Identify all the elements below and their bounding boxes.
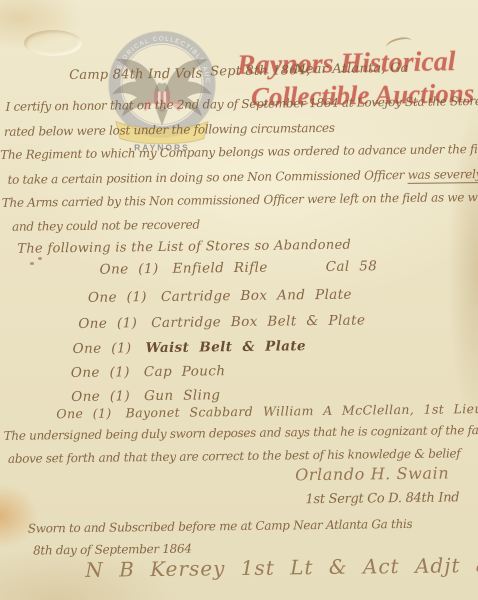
item-name: Bayonet Scabbard	[125, 404, 253, 421]
item-note: William A McClellan, 1st Lieut Co D 84th…	[263, 399, 478, 419]
item-name: Cartridge Box Belt & Plate	[151, 312, 365, 331]
list-item-waist-belt: One (1)Waist Belt & Plate	[72, 338, 306, 357]
signature-adjutant: N B Kersey 1st Lt & Act Adjt 84 Ind	[85, 552, 478, 582]
item-name: Gun Sling	[144, 387, 220, 404]
item-qty: One (1)	[100, 261, 159, 278]
dateline-place: Near Atlanta, Ga	[294, 61, 409, 77]
item-name: Cartridge Box And Plate	[161, 287, 352, 305]
certify-line-1: I certify on honor that on the 2nd day o…	[6, 93, 478, 113]
list-heading: The following is the List of Stores so A…	[17, 238, 351, 257]
attestation-line-2: 8th day of September 1864	[33, 542, 192, 558]
list-item-cap-pouch: One (1)Cap Pouch	[71, 363, 226, 381]
list-item-cartridge-box-plate: One (1)Cartridge Box And Plate	[88, 287, 352, 306]
item-name: Enfield Rifle	[172, 260, 267, 277]
list-item-enfield-rifle: One (1)Enfield RifleCal 58	[100, 258, 378, 277]
list-item-cartridge-box-belt: One (1)Cartridge Box Belt & Plate	[78, 312, 365, 332]
dateline-unit: Camp 84th Ind Vols	[69, 66, 202, 83]
certify-line-2: rated below were lost under the followin…	[4, 121, 335, 139]
regiment-line-1: The Regiment to which my Company belongs…	[0, 141, 478, 162]
arms-line-2: and they could not be recovered	[12, 217, 200, 233]
item-qty: One (1)	[88, 289, 147, 306]
attestation-line-1: Sworn to and Subscribed before me at Cam…	[28, 517, 413, 536]
item-qty: One (1)	[71, 388, 130, 405]
item-qty: One (1)	[71, 364, 130, 381]
item-qty: One (1)	[56, 406, 111, 422]
regiment-line-2: to take a certain position in doing so o…	[7, 166, 478, 186]
handwriting-layer: Camp 84th Ind Vols Sept 8th 1864, Near A…	[0, 0, 478, 600]
item-qty: One (1)	[72, 340, 131, 357]
item-name: Waist Belt & Plate	[145, 338, 306, 356]
item-name: Cap Pouch	[144, 363, 226, 380]
scanned-document: HISTORICAL COLLECTIBLE AUCTIONS RAYNORS …	[0, 0, 478, 600]
regiment-line-2-text: to take a certain position in doing so o…	[7, 168, 407, 187]
item-qty: One (1)	[78, 315, 137, 332]
item-note: Cal 58	[326, 258, 378, 275]
underlined-phrase: was severely wounded	[408, 166, 478, 184]
signature-swain-title: 1st Sergt Co D. 84th Ind	[305, 490, 459, 507]
arms-line-1: The Arms carried by this Non commissione…	[2, 189, 478, 210]
affidavit-line-1: The undersigned being duly sworn deposes…	[4, 423, 478, 443]
signature-swain: Orlando H. Swain	[295, 463, 449, 484]
list-item-gun-sling: One (1)Gun Sling	[71, 387, 220, 405]
affidavit-line-2: above set forth and that they are correc…	[8, 446, 461, 466]
